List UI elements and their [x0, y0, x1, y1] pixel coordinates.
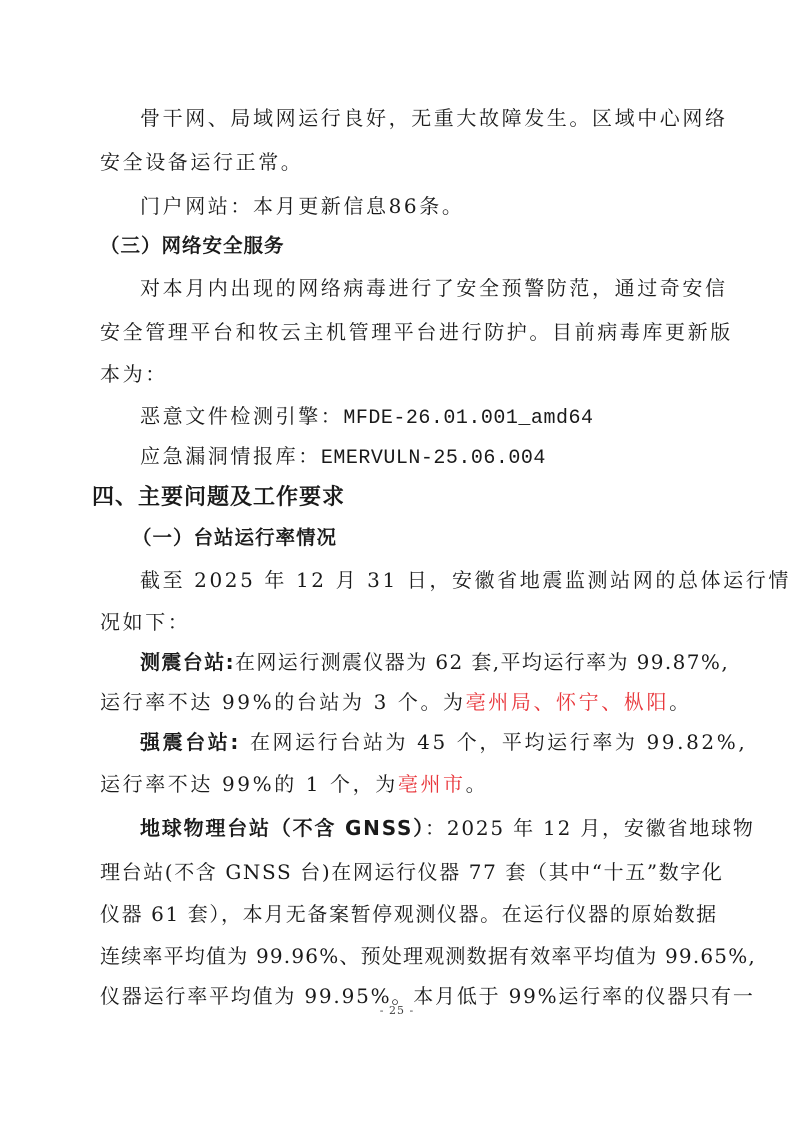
- geophysics-label: 地球物理台站（不含 GNSS）: [140, 816, 425, 840]
- engine-label: 恶意文件检测引擎：: [140, 404, 343, 428]
- seismic-line-2: 运行率不达 99%的台站为 3 个。为亳州局、怀宁、枞阳。: [100, 686, 692, 715]
- portal-update-line: 门户网站：本月更新信息86条。: [140, 190, 464, 219]
- engine-version-line: 恶意文件检测引擎：MFDE-26.01.001_amd64: [140, 400, 593, 430]
- page-number: - 25 -: [0, 1004, 794, 1017]
- seismic-line-end: 。: [669, 690, 692, 714]
- strong-motion-text-2: 运行率不达 99%的 1 个，为: [100, 772, 398, 796]
- strong-motion-text-1: 在网运行台站为 45 个，平均运行率为 99.82%,: [241, 730, 747, 754]
- intro-line-1: 截至 2025 年 12 月 31 日，安徽省地震监测站网的总体运行情: [140, 564, 791, 593]
- seismic-line-1: 测震台站:在网运行测震仪器为 62 套,平均运行率为 99.87%,: [140, 646, 729, 675]
- vuln-label: 应急漏洞情报库：: [140, 444, 321, 468]
- strong-motion-stations-highlight: 亳州市: [398, 772, 466, 796]
- seismic-text-1: 在网运行测震仪器为 62 套,平均运行率为 99.87%,: [235, 650, 729, 674]
- seismic-stations-highlight: 亳州局、怀宁、枞阳: [466, 690, 669, 714]
- geophysics-text-1: ：2025 年 12 月，安徽省地球物: [425, 816, 755, 840]
- security-para-line-1: 对本月内出现的网络病毒进行了安全预警防范，通过奇安信: [140, 272, 728, 301]
- engine-value: MFDE-26.01.001_amd64: [343, 407, 593, 430]
- network-status-line-1: 骨干网、局域网运行良好，无重大故障发生。区域中心网络: [140, 102, 728, 131]
- seismic-label: 测震台站:: [140, 650, 235, 674]
- geophysics-line-2: 理台站(不含 GNSS 台)在网运行仪器 77 套（其中“十五”数字化: [100, 856, 723, 885]
- seismic-text-2: 运行率不达 99%的台站为 3 个。为: [100, 690, 466, 714]
- station-rate-subheading: （一）台站运行率情况: [132, 522, 337, 550]
- geophysics-line-4: 连续率平均值为 99.96%、预处理观测数据有效率平均值为 99.65%,: [100, 940, 756, 969]
- vuln-db-version-line: 应急漏洞情报库：EMERVULN-25.06.004: [140, 440, 546, 470]
- vuln-value: EMERVULN-25.06.004: [321, 447, 546, 470]
- intro-line-2: 况如下：: [100, 606, 190, 635]
- strong-motion-line-1: 强震台站: 在网运行台站为 45 个，平均运行率为 99.82%,: [140, 726, 747, 755]
- security-service-heading: （三）网络安全服务: [100, 230, 285, 258]
- security-para-line-2: 安全管理平台和牧云主机管理平台进行防护。目前病毒库更新版: [100, 316, 733, 345]
- strong-motion-line-end: 。: [466, 772, 489, 796]
- geophysics-line-3: 仪器 61 套），本月无备案暂停观测仪器。在运行仪器的原始数据: [100, 898, 718, 927]
- strong-motion-line-2: 运行率不达 99%的 1 个，为亳州市。: [100, 768, 488, 797]
- strong-motion-label: 强震台站:: [140, 730, 241, 754]
- section-4-heading: 四、主要问题及工作要求: [92, 480, 345, 511]
- geophysics-line-1: 地球物理台站（不含 GNSS）：2025 年 12 月，安徽省地球物: [140, 812, 755, 841]
- security-para-line-3: 本为：: [100, 358, 168, 387]
- network-status-line-2: 安全设备运行正常。: [100, 146, 303, 175]
